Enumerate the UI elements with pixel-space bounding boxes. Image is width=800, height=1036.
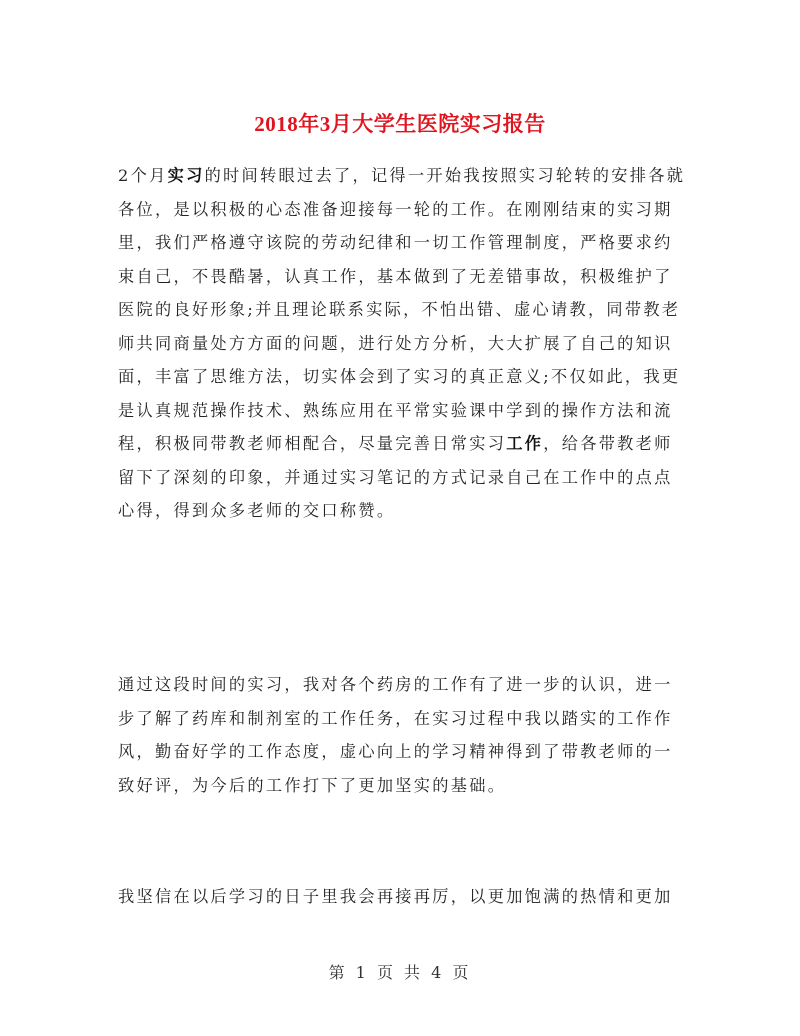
bold-keyword: 工作 <box>506 434 543 453</box>
text: 程，积极同带教老师相配合，尽量完善日常实习 <box>118 434 506 453</box>
bold-keyword: 实习 <box>168 166 205 185</box>
paragraph-2: 通过这段时间的实习，我对各个药房的工作有了进一步的认识，进一 步了解了药库和制剂… <box>118 668 684 802</box>
text-line: 通过这段时间的实习，我对各个药房的工作有了进一步的认识，进一 <box>118 668 684 702</box>
text: 的时间转眼过去了，记得一开始我按照实习轮转的安排各就 <box>205 166 686 185</box>
paragraph-1: 2个月实习的时间转眼过去了，记得一开始我按照实习轮转的安排各就 各位，是以积极的… <box>118 159 684 528</box>
text-line: 我坚信在以后学习的日子里我会再接再厉，以更加饱满的热情和更加 <box>118 880 684 914</box>
text-line: 程，积极同带教老师相配合，尽量完善日常实习工作，给各带教老师 <box>118 427 684 461</box>
text-line: 医院的良好形象;并且理论联系实际，不怕出错、虚心请教，同带教老 <box>118 293 684 327</box>
text-line: 里，我们严格遵守该院的劳动纪律和一切工作管理制度，严格要求约 <box>118 226 684 260</box>
page-number-footer: 第 1 页 共 4 页 <box>0 960 800 983</box>
text-line: 师共同商量处方方面的问题，进行处方分析，大大扩展了自己的知识 <box>118 327 684 361</box>
text-line: 风，勤奋好学的工作态度，虚心向上的学习精神得到了带教老师的一 <box>118 735 684 769</box>
text-line: 心得，得到众多老师的交口称赞。 <box>118 494 684 528</box>
text: ，给各带教老师 <box>543 434 672 453</box>
text-line: 面，丰富了思维方法，切实体会到了实习的真正意义;不仅如此，我更 <box>118 360 684 394</box>
text-line: 是认真规范操作技术、熟练应用在平常实验课中学到的操作方法和流 <box>118 394 684 428</box>
text-line: 致好评，为今后的工作打下了更加坚实的基础。 <box>118 769 684 803</box>
document-title: 2018年3月大学生医院实习报告 <box>0 108 800 138</box>
text: 2个月 <box>118 166 168 185</box>
text-line: 2个月实习的时间转眼过去了，记得一开始我按照实习轮转的安排各就 <box>118 159 684 193</box>
text-line: 留下了深刻的印象，并通过实习笔记的方式记录自己在工作中的点点 <box>118 461 684 495</box>
text-line: 束自己，不畏酷暑，认真工作，基本做到了无差错事故，积极维护了 <box>118 260 684 294</box>
text-line: 步了解了药库和制剂室的工作任务，在实习过程中我以踏实的工作作 <box>118 702 684 736</box>
paragraph-3: 我坚信在以后学习的日子里我会再接再厉，以更加饱满的热情和更加 <box>118 880 684 914</box>
text-line: 各位，是以积极的心态准备迎接每一轮的工作。在刚刚结束的实习期 <box>118 193 684 227</box>
